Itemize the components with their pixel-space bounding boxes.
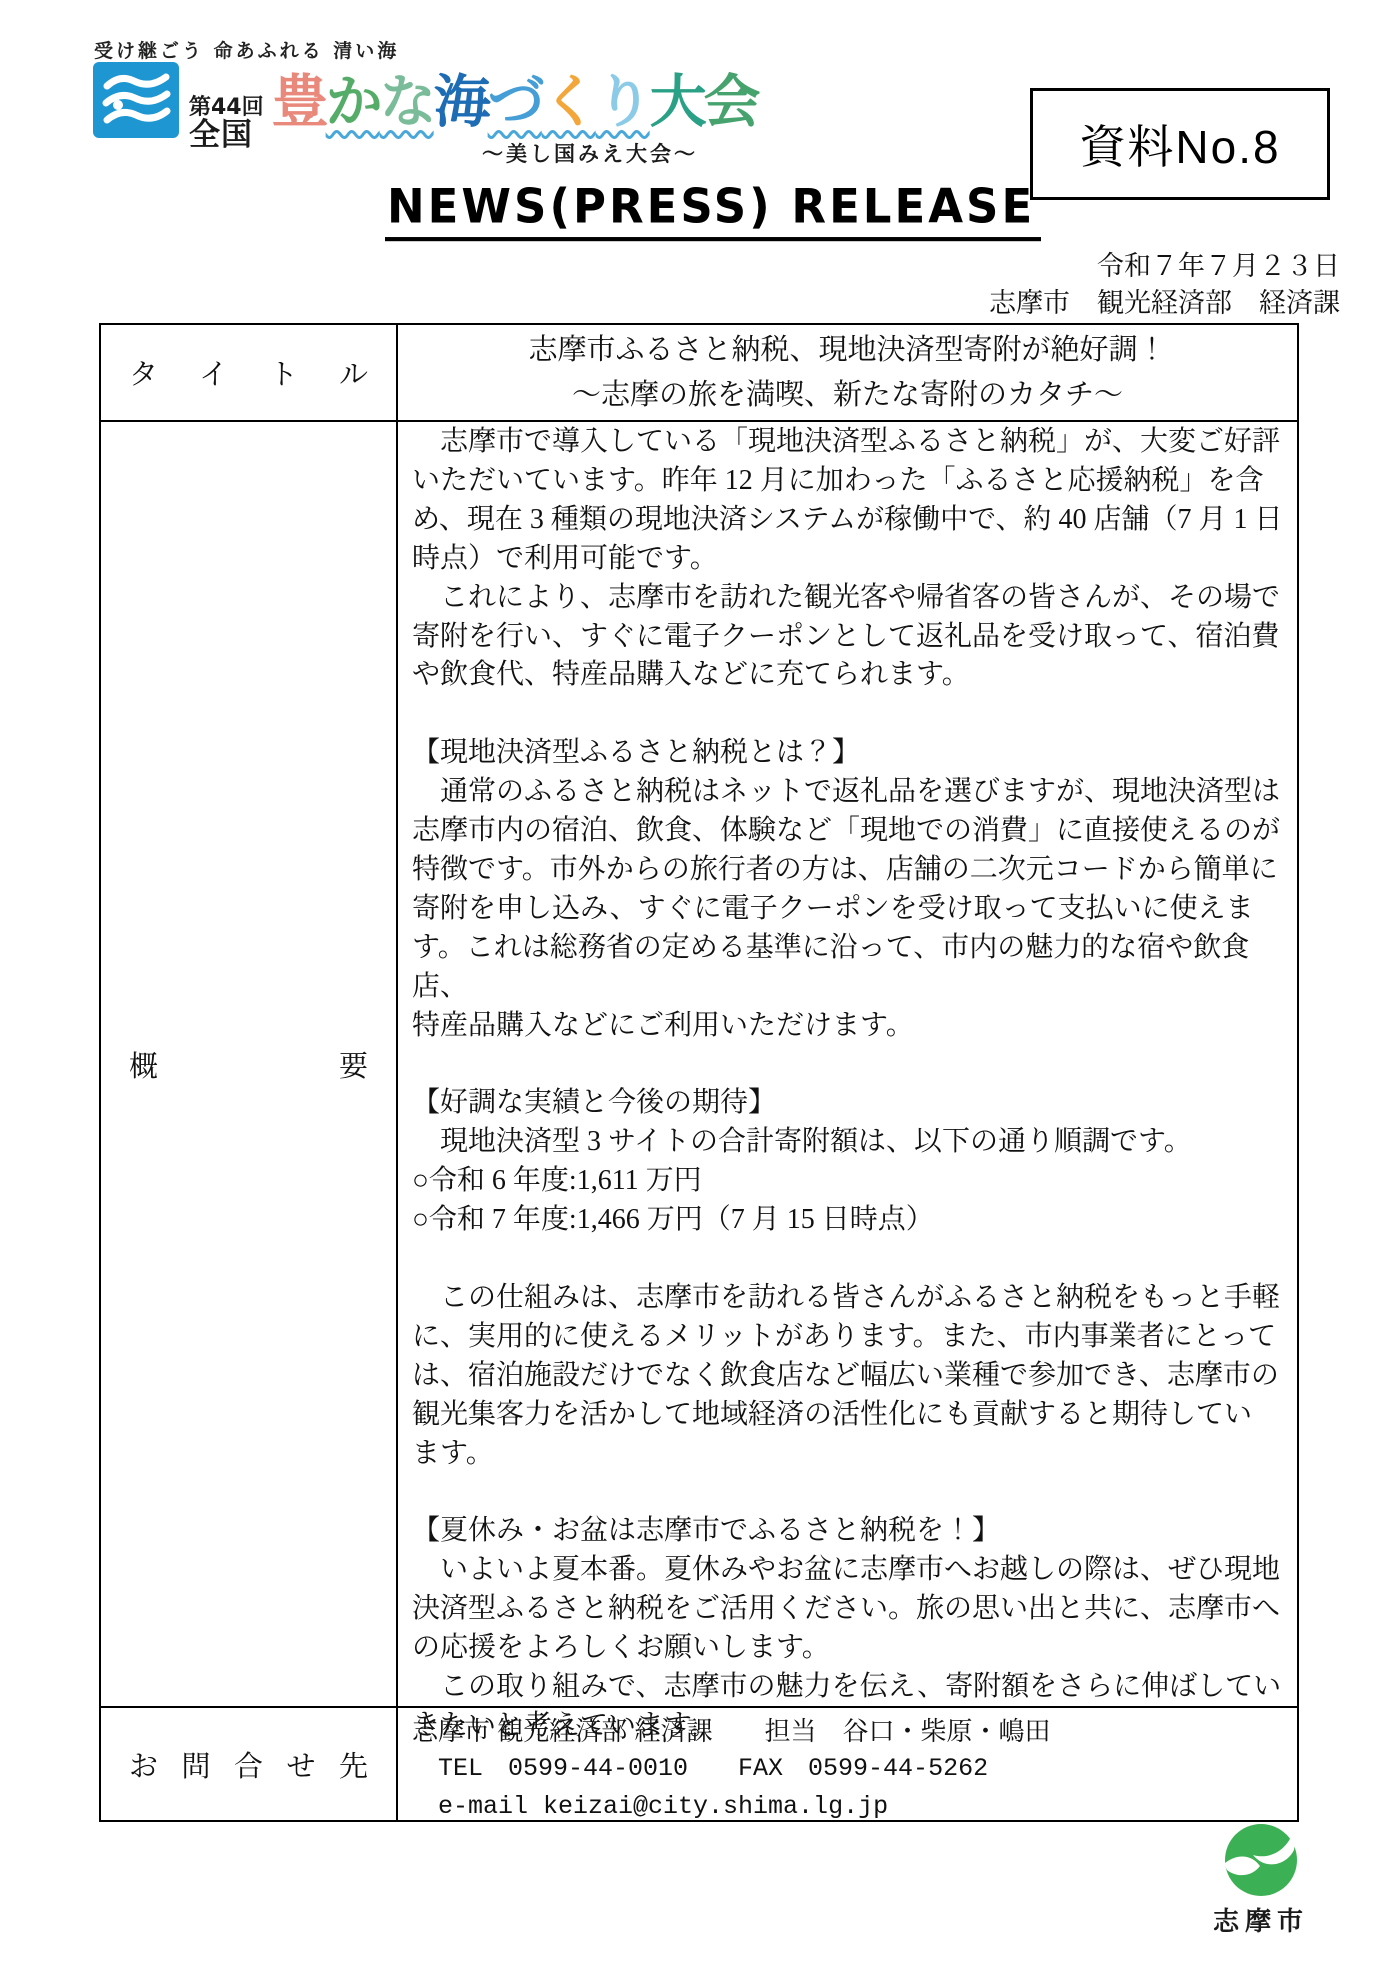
title-label: タイトル	[101, 352, 396, 393]
logo-title-text: 豊かな海づくり大会	[272, 74, 758, 131]
issuing-department: 志摩市 観光経済部 経済課	[989, 281, 1340, 320]
logo-subtitle: ～美し国みえ大会～	[440, 138, 740, 168]
doc-number: 資料No.8	[1079, 111, 1280, 177]
city-name-label: 志摩市	[1211, 1901, 1311, 1938]
contact-org-line: 志摩市 観光経済部 経済課 担当 谷口・柴原・嶋田	[398, 1712, 1297, 1750]
summary-body-text: 志摩市で導入している「現地決済型ふるさと納税」が、大変ご好評 いただいています。…	[398, 422, 1297, 1706]
press-release-table: タイトル 志摩市ふるさと納税、現地決済型寄附が絶好調！ ～志摩の旅を満喫、新たな…	[99, 323, 1299, 1822]
contact-email-line: e-mail keizai@city.shima.lg.jp	[398, 1788, 1297, 1826]
logo-edition: 第44回	[189, 96, 264, 119]
summary-label: 概要	[101, 1044, 396, 1085]
title-content-cell: 志摩市ふるさと納税、現地決済型寄附が絶好調！ ～志摩の旅を満喫、新たな寄附のカタ…	[398, 325, 1297, 420]
shima-city-logo-icon	[1224, 1823, 1298, 1897]
title-row: タイトル 志摩市ふるさと納税、現地決済型寄附が絶好調！ ～志摩の旅を満喫、新たな…	[101, 325, 1297, 420]
contact-tel-fax-line: TEL 0599-44-0010 FAX 0599-44-5262	[398, 1750, 1297, 1788]
doc-number-box: 資料No.8	[1030, 88, 1330, 200]
contact-row: お問合せ先 志摩市 観光経済部 経済課 担当 谷口・柴原・嶋田 TEL 0599…	[101, 1706, 1297, 1820]
contact-label: お問合せ先	[101, 1744, 396, 1785]
summary-row: 概要 志摩市で導入している「現地決済型ふるさと納税」が、大変ご好評 いただいてい…	[101, 420, 1297, 1706]
contact-content-cell: 志摩市 観光経済部 経済課 担当 谷口・柴原・嶋田 TEL 0599-44-00…	[398, 1708, 1297, 1820]
summary-label-cell: 概要	[101, 422, 398, 1706]
title-label-cell: タイトル	[101, 325, 398, 420]
title-line-2: ～志摩の旅を満喫、新たな寄附のカタチ～	[398, 373, 1297, 418]
sea-wave-fish-logo-icon	[93, 62, 179, 138]
shima-city-logo: 志摩市	[1211, 1823, 1311, 1938]
logo-national: 全国	[189, 119, 264, 152]
event-tagline: 受け継ごう 命あふれる 清い海	[94, 36, 399, 63]
title-line-1: 志摩市ふるさと納税、現地決済型寄附が絶好調！	[398, 328, 1297, 373]
release-date: 令和７年７月２３日	[1097, 244, 1340, 283]
press-release-page: 受け継ごう 命あふれる 清い海 第44回 全国 豊かな海づくり大会 ～美し国みえ…	[0, 0, 1400, 1979]
news-release-title: NEWS(PRESS) RELEASE	[385, 179, 1041, 241]
contact-label-cell: お問合せ先	[101, 1708, 398, 1820]
logo-edition-block: 第44回 全国	[189, 96, 264, 152]
